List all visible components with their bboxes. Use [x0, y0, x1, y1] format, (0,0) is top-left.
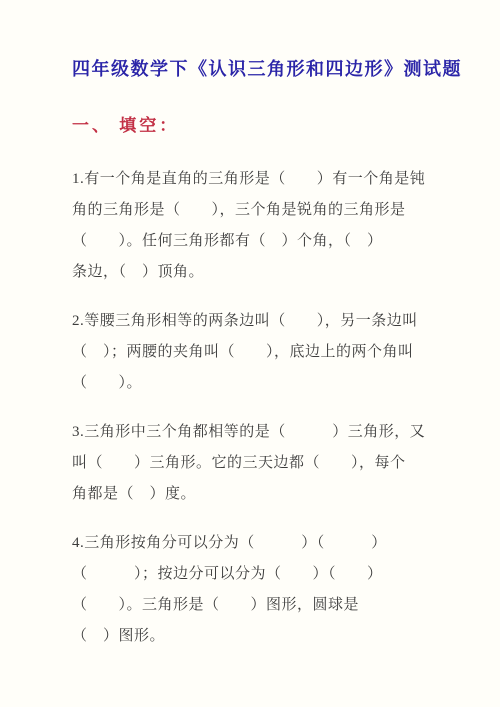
question-3: 3.三角形中三个角都相等的是（ ）三角形，又 叫（ ）三角形。它的三天边都（ ）…: [72, 417, 442, 510]
section-header-fill-in-blanks: 一、 填空：: [72, 114, 442, 138]
question-4: 4.三角形按角分可以分为（ ）（ ） （ ）；按边分可以分为（ ）（ ） （ ）…: [72, 528, 442, 652]
worksheet-page: 四年级数学下《认识三角形和四边形》测试题 一、 填空： 1.有一个角是直角的三角…: [0, 0, 500, 707]
worksheet-title: 四年级数学下《认识三角形和四边形》测试题: [72, 56, 442, 82]
question-1: 1.有一个角是直角的三角形是（ ）有一个角是钝 角的三角形是（ ），三个角是锐角…: [72, 164, 442, 288]
question-2: 2.等腰三角形相等的两条边叫（ ），另一条边叫 （ ）；两腰的夹角叫（ ），底边…: [72, 306, 442, 399]
